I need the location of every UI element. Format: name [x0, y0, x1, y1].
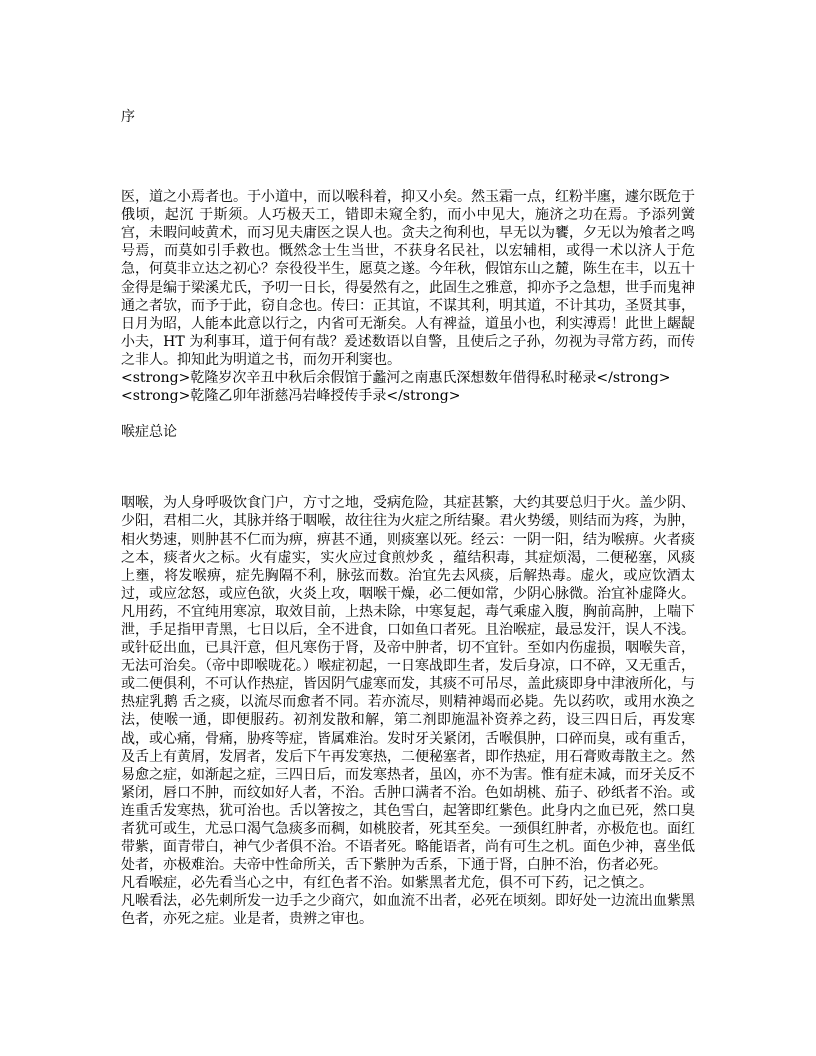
colophon-line: <strong>乾隆乙卯年浙慈冯岩峰授传手录</strong> [121, 387, 695, 405]
document-page: 序 医，道之小焉者也。于小道中，而以喉科着，抑又小矣。然玉霜一点，红粉半廛，遽尔… [0, 0, 816, 1056]
section-paragraph: 凡看喉症，必先看当心之中，有红色者不治。如紫黑者尤危，俱不可下药，记之慎之。 [121, 874, 695, 892]
section-paragraph: 凡喉看法，必先刺所发一边手之少商穴，如血流不出者，必死在顷刻。即好处一边流出血紫… [121, 892, 695, 928]
preface-title: 序 [121, 108, 695, 126]
section-title: 喉症总论 [121, 423, 695, 441]
preface-paragraph: 医，道之小焉者也。于小道中，而以喉科着，抑又小矣。然玉霜一点，红粉半廛，遽尔既危… [121, 188, 695, 369]
colophon-line: <strong>乾隆岁次辛丑中秋后余假馆于蠡河之南惠氏深想数年借得私时秘录</s… [121, 369, 695, 387]
section-paragraph: 咽喉，为人身呼吸饮食门户，方寸之地，受病危险，其症甚繁，大约其要总归于火。盖少阴… [121, 494, 695, 874]
